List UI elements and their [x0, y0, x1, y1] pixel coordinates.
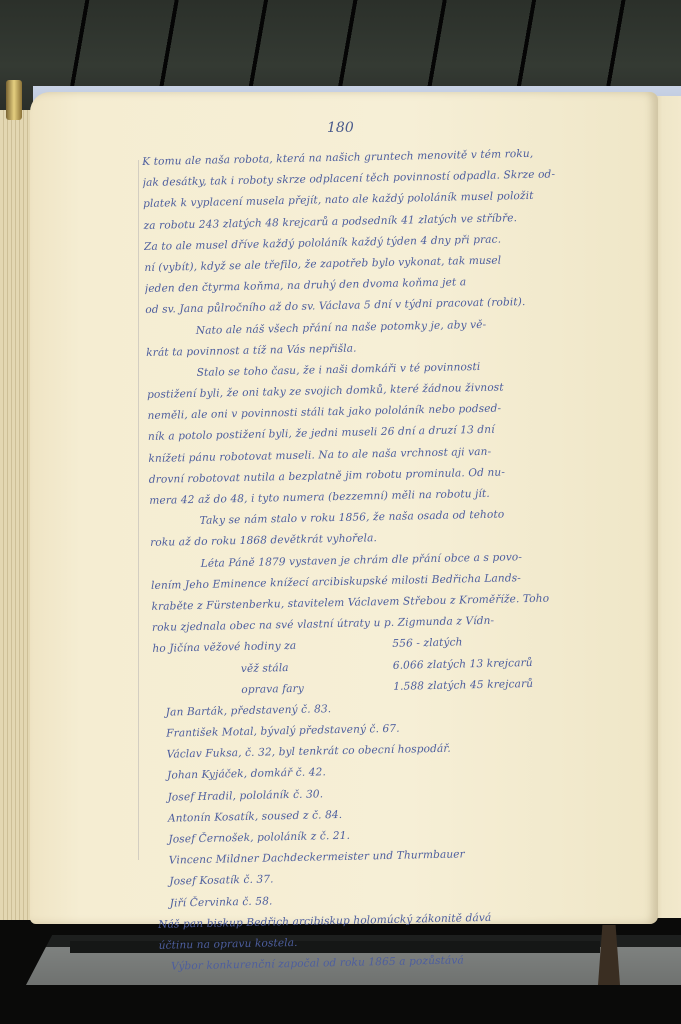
page-number: 180	[327, 120, 354, 136]
handwritten-text: K tomu ale naša robota, která na našich …	[142, 142, 641, 978]
cost-amount: 556 - zlatých	[392, 633, 463, 656]
cost-amount: 1.588 zlatých 45 krejcarů	[393, 674, 533, 698]
margin-line	[138, 160, 139, 860]
cost-amount: 6.066 zlatých 13 krejcarů	[393, 652, 533, 676]
binder-clip	[6, 80, 22, 120]
